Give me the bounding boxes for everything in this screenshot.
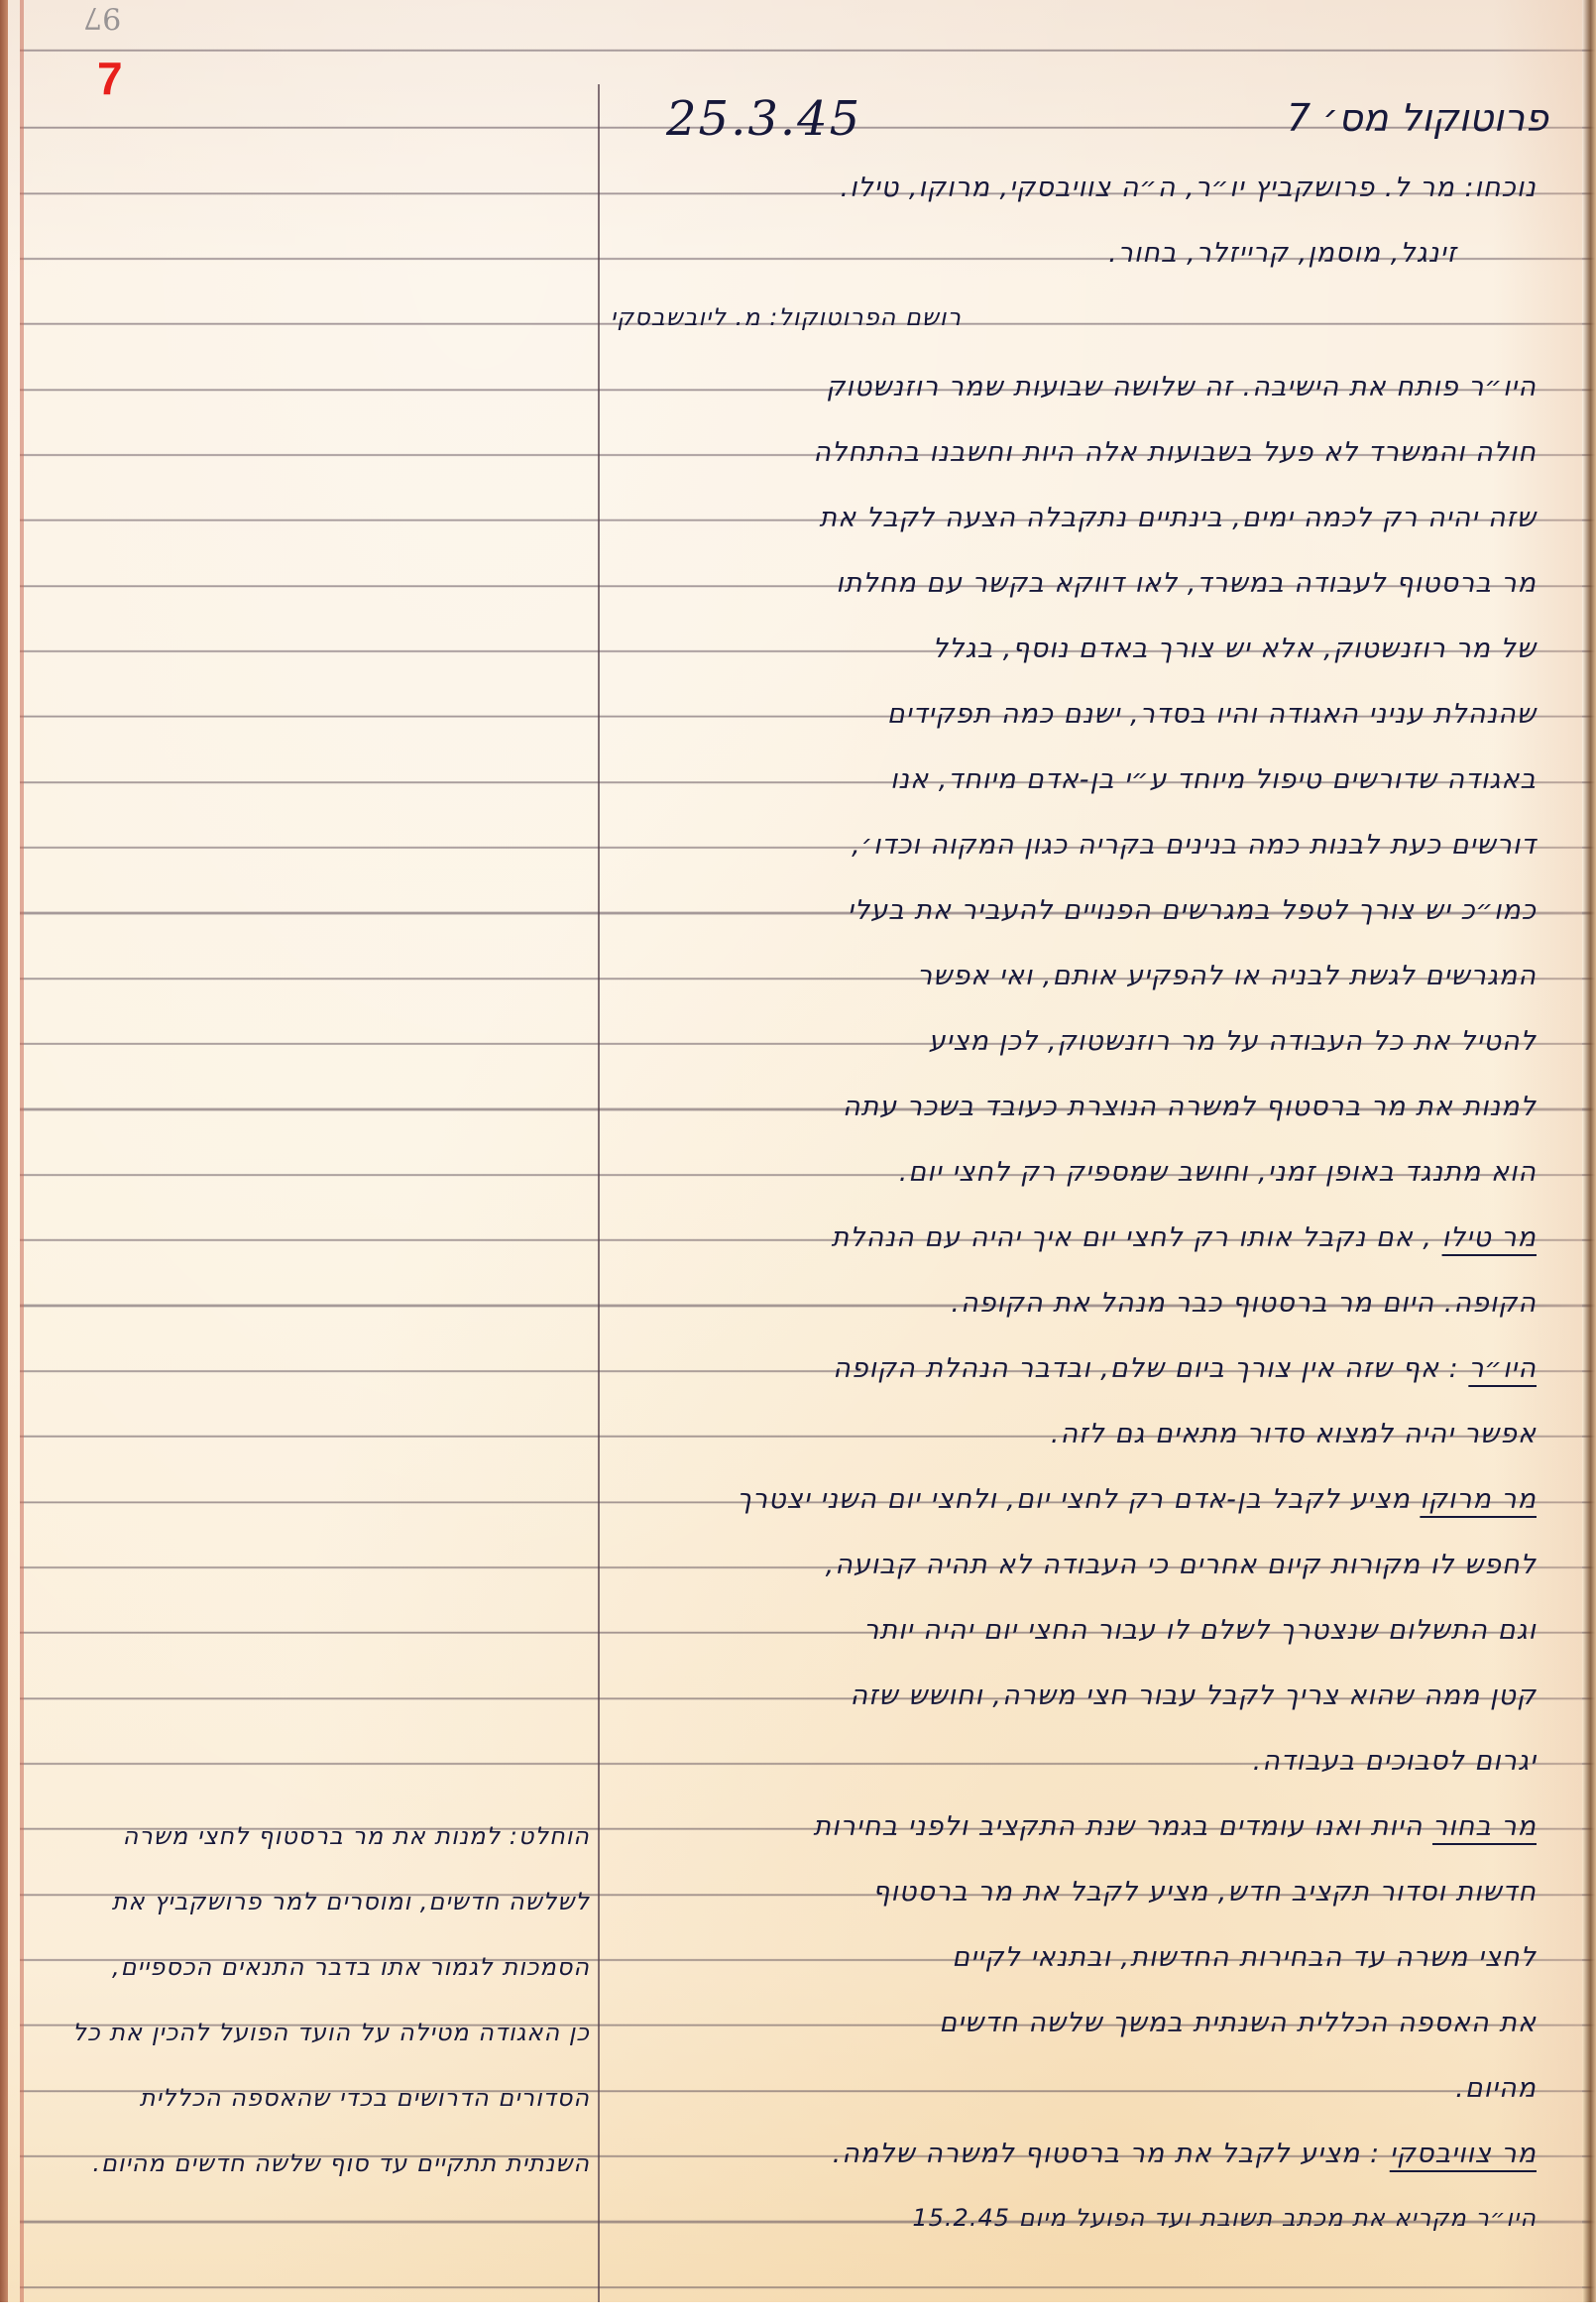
protocol-title: פרוטוקול מס׳ 7 (1287, 99, 1548, 137)
speaker-text: מציע לקבל את מר ברסטוף למשרה שלמה. (833, 2139, 1361, 2169)
body-line: היו״ר מקריא את מכתב תשובת ועד הפועל מיום… (912, 2206, 1537, 2230)
binding-margin-line (20, 0, 24, 2302)
side-note-line: הוחלט: למנות את מר ברסטוף לחצי משרה (123, 1824, 590, 1848)
body-line: דורשים כעת לבנות כמה בנינים בקריה כגון ה… (852, 832, 1537, 859)
body-line: לחפש לו מקורות קיום אחרים כי העבודה לא ת… (826, 1552, 1537, 1578)
body-line: של מר רוזנשטוק, אלא יש צורך באדם נוסף, ב… (933, 636, 1537, 662)
side-note-line: השנתית תתקיים עד סוף שלשה חדשים מהיום. (92, 2151, 590, 2175)
binding-edge (0, 0, 8, 2302)
vertical-margin-line (598, 84, 600, 2302)
body-line: להטיל את כל העבודה על מר רוזנשטוק, לכן מ… (929, 1028, 1537, 1055)
pencil-folio-mark: 97 (83, 0, 121, 35)
body-line: לחצי משרה עד הבחירות החדשות, ובתנאי לקיי… (952, 1944, 1537, 1971)
body-line: באגודה שדורשים טיפול מיוחד ע״י בן-אדם מי… (890, 766, 1537, 793)
body-line: מר ברסטוף לעבודה במשרד, לאו דווקא בקשר ע… (836, 570, 1537, 597)
side-note-line: הסמכות לגמור אתו בדבר התנאים הכספיים, (112, 1955, 590, 1979)
recorder-line: רושם הפרוטוקול: מ. ליובשבסקי (611, 305, 962, 329)
body-line: היו״ר פותח את הישיבה. זה שלושה שבועות שמ… (826, 374, 1537, 401)
body-line: שזה יהיה רק לכמה ימים, בינתיים נתקבלה הצ… (819, 505, 1537, 531)
protocol-date: 25.3.45 (666, 91, 861, 147)
side-note-line: הסדורים הדרושים בכדי שהאספה הכללית (140, 2086, 590, 2110)
side-note-line: לשלשה חדשים, ומוסרים למר פרושקביץ את (112, 1890, 590, 1913)
speaker-line: מר צוויבסקי : מציע לקבל את מר ברסטוף למש… (833, 2141, 1537, 2167)
speaker-label: מר בחור (1432, 1811, 1537, 1842)
page-number: 7 (97, 52, 123, 105)
speaker-label: היו״ר (1468, 1353, 1537, 1384)
body-line: למנות את מר ברסטוף למשרה הנוצרת כעובד בש… (843, 1094, 1537, 1120)
side-note-line: כן האגודה מטילה על הועד הפועל להכין את כ… (72, 2021, 590, 2044)
speaker-line: מר טילו , אם נקבל אותו רק לחצי יום איך י… (831, 1224, 1537, 1251)
body-line: וגם התשלום שנצטרך לשלם לו עבור החצי יום … (863, 1617, 1537, 1644)
body-line: מהיום. (1455, 2075, 1537, 2102)
speaker-text: אף שזה אין צורך ביום שלם, ובדבר הנהלת הק… (833, 1353, 1439, 1384)
speaker-text: מציע לקבל בן-אדם רק לחצי יום, ולחצי יום … (737, 1484, 1410, 1515)
body-line: חדשות וסדור תקציב חדש, מציע לקבל את מר ב… (872, 1879, 1537, 1906)
page-fold-edge (1582, 0, 1596, 2302)
attendees-line-2: זינגל, מוסמן, קרייזלר, בחור. (1108, 240, 1457, 267)
speaker-line: מר בחור היות ואנו עומדים בגמר שנת התקציב… (813, 1813, 1537, 1840)
body-line: הקופה. היום מר ברסטוף כבר מנהל את הקופה. (951, 1290, 1537, 1317)
speaker-label: מר צוויבסקי (1390, 2139, 1537, 2169)
body-line: שהנהלת עניני האגודה והיו בסדר, ישנם כמה … (887, 701, 1537, 728)
attendees-line-1: נוכחו: מר ל. פרושקביץ יו״ר, ה״ה צוויבסקי… (840, 174, 1537, 201)
scan-bottom-margin (0, 2302, 1596, 2317)
speaker-text: היות ואנו עומדים בגמר שנת התקציב ולפני ב… (813, 1811, 1423, 1842)
body-line: כמו״כ יש צורך לטפל במגרשים הפנויים להעבי… (848, 897, 1537, 924)
body-line: את האספה הכללית השנתית במשך שלשה חדשים (939, 2010, 1537, 2036)
body-line: יגרום לסבוכים בעבודה. (1253, 1748, 1537, 1775)
speaker-label: מר טילו (1442, 1222, 1537, 1253)
body-line: המגרשים לגשת לבניה או להפקיע אותם, ואי א… (917, 963, 1537, 989)
speaker-text: אם נקבל אותו רק לחצי יום איך יהיה עם הנה… (831, 1222, 1413, 1253)
body-line: קטן ממה שהוא צריך לקבל עבור חצי משרה, וח… (851, 1682, 1537, 1709)
body-line: אפשר יהיה למצוא סדור מתאים גם לזה. (1051, 1421, 1537, 1448)
body-line: חולה והמשרד לא פעל בשבועות אלה היות וחשב… (813, 439, 1537, 466)
speaker-line: היו״ר : אף שזה אין צורך ביום שלם, ובדבר … (833, 1355, 1537, 1382)
speaker-line: מר מרוקו מציע לקבל בן-אדם רק לחצי יום, ו… (737, 1486, 1537, 1513)
body-line: הוא מתנגד באופן זמני, וחושב שמספיק רק לח… (899, 1159, 1537, 1186)
speaker-label: מר מרוקו (1420, 1484, 1537, 1515)
notebook-page: 97 7 25.3.45 פרוטוקול מס׳ 7 נוכחו: מר ל.… (0, 0, 1596, 2302)
